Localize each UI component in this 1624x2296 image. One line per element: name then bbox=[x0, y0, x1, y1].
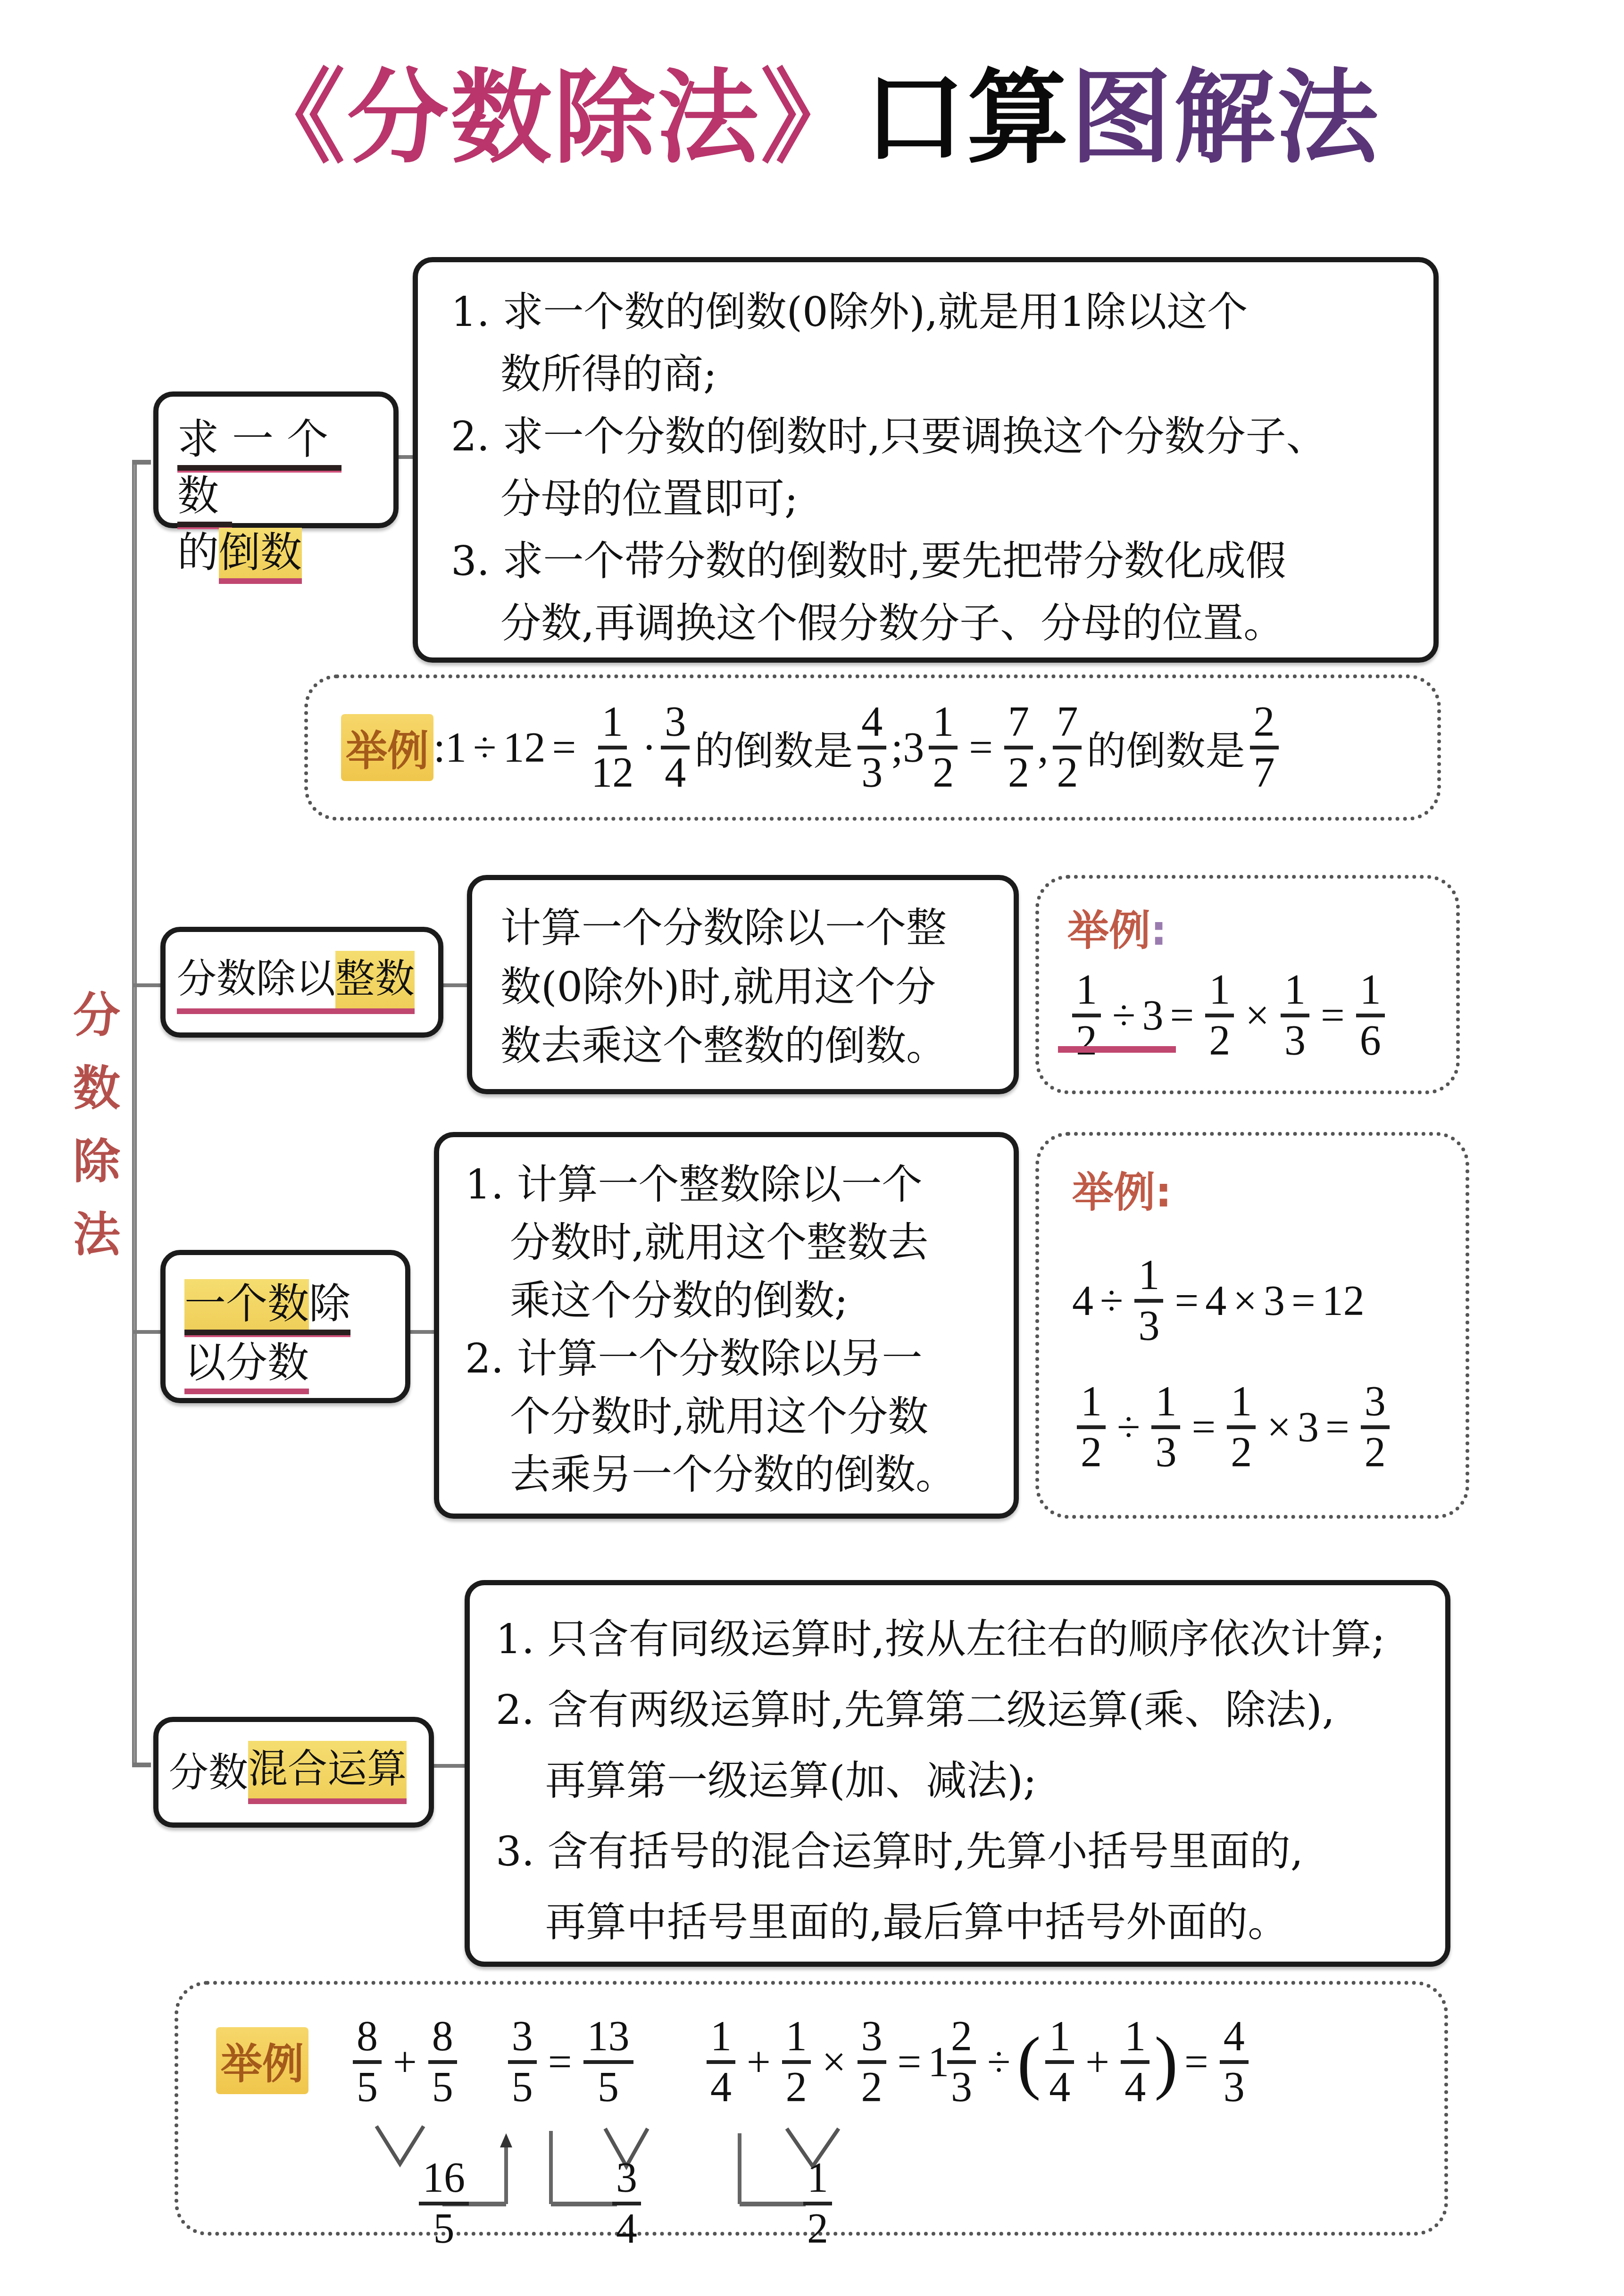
node-title-plain: 分数除以 bbox=[177, 951, 335, 1014]
root-char: 分 bbox=[71, 979, 123, 1052]
node-title-line1: 求一个数 bbox=[177, 415, 341, 527]
rule-item: 3. 求一个带分数的倒数时,要先把带分数化成假 bbox=[451, 530, 1400, 592]
root-label-fraction-division: 分 数 除 法 bbox=[71, 979, 123, 1271]
numerator: 1 bbox=[1134, 1252, 1163, 1303]
denominator: 2 bbox=[929, 749, 958, 797]
denominator: 3 bbox=[1220, 2064, 1249, 2111]
multiply-sign: × bbox=[1245, 991, 1269, 1040]
rule-number: 2. bbox=[496, 1687, 534, 1734]
rule-item: 3. 含有括号的混合运算时,先算小括号里面的, bbox=[496, 1816, 1419, 1887]
fraction: 12 bbox=[1077, 1378, 1106, 1476]
rule-item-cont: 乘这个分数的倒数; bbox=[465, 1272, 988, 1330]
denominator: 2 bbox=[1227, 1429, 1256, 1476]
equals-sign: = bbox=[1174, 1277, 1199, 1325]
node-mixed-operations: 分数混合运算 bbox=[153, 1717, 434, 1828]
fraction: 43 bbox=[1220, 2013, 1249, 2111]
fraction: 14 bbox=[707, 2013, 735, 2111]
numerator: 2 bbox=[1250, 699, 1279, 749]
divide-sign: ÷ bbox=[1112, 991, 1135, 1040]
example-number-div-fraction: 举例: 4 ÷ 13 = 4 × 3 = 12 12 ÷ 13 = 12 × 3… bbox=[1035, 1132, 1469, 1519]
plus-sign: + bbox=[1085, 2038, 1109, 2087]
fraction: 112 bbox=[587, 699, 637, 797]
example-label: 举例 bbox=[1072, 1168, 1155, 1216]
left-paren: ( bbox=[1017, 2021, 1041, 2103]
fraction: 13 bbox=[1281, 966, 1309, 1065]
fraction: 13 bbox=[1134, 1252, 1163, 1350]
rule-item: 1. 只含有同级运算时,按从左往右的顺序依次计算; bbox=[496, 1604, 1419, 1675]
numerator: 1 bbox=[1077, 1378, 1106, 1429]
denominator: 4 bbox=[1121, 2064, 1149, 2111]
rule-text: 求一个带分数的倒数时,要先把带分数化成假 bbox=[502, 538, 1286, 585]
rule-line: 计算一个分数除以一个整 bbox=[500, 899, 985, 958]
multiply-sign: × bbox=[1233, 1277, 1257, 1325]
operand: 4 bbox=[1072, 1277, 1093, 1325]
rule-text: 含有两级运算时,先算第二级运算(乘、除法), bbox=[547, 1687, 1335, 1734]
numerator: 1 bbox=[1205, 966, 1234, 1017]
rule-text: 求一个数的倒数(0除外),就是用1除以这个 bbox=[502, 289, 1248, 336]
numerator: 1 bbox=[598, 699, 627, 749]
rule-item: 2. 求一个分数的倒数时,只要调换这个分数分子、 bbox=[451, 406, 1400, 468]
denominator: 2 bbox=[1205, 1017, 1234, 1065]
rule-line: 数去乘这个整数的倒数。 bbox=[500, 1017, 985, 1076]
operand: 1 bbox=[445, 724, 466, 772]
rule-item: 1. 计算一个整数除以一个 bbox=[465, 1156, 988, 1214]
numerator: 1 bbox=[929, 699, 958, 749]
numerator: 1 bbox=[1356, 966, 1385, 1017]
rule-number: 1. bbox=[451, 289, 490, 336]
node-reciprocal: 求一个数 的倒数 bbox=[153, 391, 399, 528]
denominator: 2 bbox=[1004, 749, 1033, 797]
denominator: 12 bbox=[587, 749, 637, 797]
rule-number: 3. bbox=[451, 538, 490, 585]
example-expression-1: 4 ÷ 13 = 4 × 3 = 12 bbox=[1072, 1252, 1365, 1350]
node-title-line2-plain: 的 bbox=[177, 528, 219, 576]
numerator: 3 bbox=[661, 699, 690, 749]
trunk-bottom-cap bbox=[132, 1763, 151, 1767]
example-expression-2: 14 + 12 × 32 = 1 bbox=[702, 2013, 949, 2111]
root-char: 除 bbox=[71, 1125, 123, 1198]
divide-sign: ÷ bbox=[1100, 1277, 1123, 1325]
separator: ; bbox=[891, 724, 903, 772]
title-diagram-method: 图解法 bbox=[1070, 58, 1380, 177]
rule-item-cont: 数所得的商; bbox=[451, 343, 1400, 406]
denominator: 2 bbox=[858, 2064, 886, 2111]
operand: 12 bbox=[503, 724, 545, 772]
fraction: 12 bbox=[929, 699, 958, 797]
example-mixed-operations: 举例 85 + 85 35 = 135 165 14 + 12 × 32 = 1 bbox=[175, 1981, 1448, 2236]
numerator: 1 bbox=[1227, 1378, 1256, 1429]
denominator: 6 bbox=[1356, 1017, 1385, 1065]
example-label: 举例 bbox=[341, 714, 433, 781]
equals-sign: = bbox=[898, 2038, 922, 2087]
example-expression-2: 12 ÷ 13 = 12 × 3 = 32 bbox=[1072, 1378, 1394, 1476]
divide-sign: ÷ bbox=[987, 2038, 1010, 2087]
mixed-whole: 3 bbox=[903, 724, 924, 772]
rule-text: 含有括号的混合运算时,先算小括号里面的, bbox=[547, 1828, 1303, 1875]
fraction: 72 bbox=[1004, 699, 1033, 797]
example-expression-3: 23 ÷ ( 14 + 14 ) = 43 bbox=[942, 2013, 1253, 2111]
rule-item: 2. 含有两级运算时,先算第二级运算(乘、除法), bbox=[496, 1675, 1419, 1746]
operand: 3 bbox=[1142, 991, 1163, 1040]
numerator: 1 bbox=[1121, 2013, 1149, 2064]
separator: · bbox=[642, 724, 656, 772]
numerator: 2 bbox=[947, 2013, 976, 2064]
denominator: 4 bbox=[612, 2205, 641, 2253]
rule-item-cont: 再算中括号里面的,最后算中括号外面的。 bbox=[496, 1887, 1419, 1958]
text-reciprocal-is: 的倒数是 bbox=[694, 719, 853, 776]
denominator: 3 bbox=[1134, 1303, 1163, 1350]
equals-sign: = bbox=[1321, 991, 1345, 1040]
root-char: 法 bbox=[71, 1198, 123, 1271]
denominator: 3 bbox=[858, 749, 886, 797]
fraction: 27 bbox=[1250, 699, 1279, 797]
rule-text: 计算一个整数除以一个 bbox=[516, 1161, 922, 1208]
rule-number: 1. bbox=[496, 1616, 534, 1663]
example-reciprocal: 举例 : 1 ÷ 12 = 112 · 34 的倒数是 43 ; 3 12 = … bbox=[304, 674, 1441, 821]
rule-line: 数(0除外)时,就用这个分 bbox=[500, 958, 985, 1017]
branch-connector bbox=[132, 983, 160, 987]
rule-item-cont: 个分数时,就用这个分数 bbox=[465, 1388, 988, 1446]
underline-mark bbox=[1058, 1046, 1176, 1053]
numerator: 3 bbox=[858, 2013, 886, 2064]
fraction: 16 bbox=[1356, 966, 1385, 1065]
title-mental-math: 口算 bbox=[864, 58, 1070, 177]
fraction: 14 bbox=[1045, 2013, 1074, 2111]
example-step-result-1: 165 bbox=[414, 2155, 474, 2253]
numerator: 3 bbox=[612, 2155, 641, 2205]
rule-item-cont: 分母的位置即可; bbox=[451, 468, 1400, 530]
operand: 4 bbox=[1205, 1277, 1226, 1325]
fraction: 12 bbox=[782, 2013, 811, 2111]
rule-number: 1. bbox=[465, 1161, 504, 1208]
node-title-highlight: 混合运算 bbox=[248, 1741, 407, 1804]
multiply-sign: × bbox=[822, 2038, 846, 2087]
denominator: 4 bbox=[1045, 2064, 1074, 2111]
example-expression: : 1 ÷ 12 = 112 · 34 的倒数是 43 ; 3 12 = 72 … bbox=[433, 699, 1283, 797]
text-reciprocal-is: 的倒数是 bbox=[1086, 719, 1245, 776]
fraction: 32 bbox=[1361, 1378, 1390, 1476]
denominator: 4 bbox=[707, 2064, 735, 2111]
rule-text: 只含有同级运算时,按从左往右的顺序依次计算; bbox=[547, 1616, 1385, 1663]
denominator: 2 bbox=[1053, 749, 1082, 797]
denominator: 2 bbox=[803, 2205, 832, 2253]
example-fraction-div-integer: 举例: 12 ÷ 3 = 12 × 13 = 16 bbox=[1035, 875, 1460, 1094]
node-title-line2-highlight: 倒数 bbox=[219, 528, 302, 584]
rules-fraction-div-integer: 计算一个分数除以一个整 数(0除外)时,就用这个分 数去乘这个整数的倒数。 bbox=[467, 875, 1019, 1094]
denominator: 7 bbox=[1250, 749, 1279, 797]
denominator: 2 bbox=[1077, 1429, 1106, 1476]
numerator: 3 bbox=[1361, 1378, 1390, 1429]
equals-sign: = bbox=[969, 724, 993, 772]
node-title-line2: 以分数 bbox=[184, 1338, 309, 1394]
equals-sign: = bbox=[552, 724, 576, 772]
rules-reciprocal: 1. 求一个数的倒数(0除外),就是用1除以这个 数所得的商; 2. 求一个分数… bbox=[413, 257, 1439, 663]
numerator: 7 bbox=[1004, 699, 1033, 749]
denominator: 2 bbox=[1072, 1017, 1101, 1065]
fraction: 13 bbox=[1151, 1378, 1180, 1476]
divide-sign: ÷ bbox=[473, 724, 496, 772]
trunk-top-cap bbox=[132, 460, 151, 465]
rule-item-cont: 去乘另一个分数的倒数。 bbox=[465, 1446, 988, 1504]
fraction: 23 bbox=[947, 2013, 976, 2111]
equals-sign: = bbox=[1170, 991, 1194, 1040]
denominator: 3 bbox=[1151, 1429, 1180, 1476]
divide-sign: ÷ bbox=[1117, 1403, 1140, 1452]
equals-sign: = bbox=[1184, 2038, 1208, 2087]
numerator: 1 bbox=[1072, 966, 1101, 1017]
fraction: 72 bbox=[1053, 699, 1082, 797]
colon: : bbox=[1150, 906, 1167, 955]
root-char: 数 bbox=[71, 1052, 123, 1125]
numerator: 16 bbox=[419, 2155, 469, 2205]
equals-sign: = bbox=[1291, 1277, 1316, 1325]
rule-text: 计算一个分数除以另一 bbox=[516, 1335, 922, 1382]
numerator: 1 bbox=[1151, 1378, 1180, 1429]
example-label: 举例 bbox=[1067, 906, 1150, 955]
rule-number: 3. bbox=[496, 1828, 534, 1875]
numerator: 7 bbox=[1053, 699, 1082, 749]
operand: 3 bbox=[1298, 1403, 1319, 1452]
equals-sign: = bbox=[1191, 1403, 1216, 1452]
fraction: 32 bbox=[858, 2013, 886, 2111]
colon: : bbox=[433, 724, 445, 772]
numerator: 1 bbox=[707, 2013, 735, 2064]
fraction: 34 bbox=[661, 699, 690, 797]
node-title-rest: 除 bbox=[309, 1279, 350, 1335]
rule-item: 2. 计算一个分数除以另一 bbox=[465, 1330, 988, 1388]
equals-sign: = bbox=[1325, 1403, 1349, 1452]
denominator: 3 bbox=[1281, 1017, 1309, 1065]
rule-number: 2. bbox=[465, 1335, 504, 1382]
rule-item-cont: 再算第一级运算(加、减法); bbox=[496, 1746, 1419, 1816]
rule-item-cont: 分数,再调换这个假分数分子、分母的位置。 bbox=[451, 592, 1400, 655]
numerator: 1 bbox=[803, 2155, 832, 2205]
rules-mixed-operations: 1. 只含有同级运算时,按从左往右的顺序依次计算; 2. 含有两级运算时,先算第… bbox=[465, 1580, 1450, 1967]
node-title-highlight: 一个数 bbox=[184, 1279, 309, 1335]
numerator: 1 bbox=[782, 2013, 811, 2064]
result: 12 bbox=[1322, 1277, 1365, 1325]
fraction: 12 bbox=[1227, 1378, 1256, 1476]
example-step-result-2: 34 bbox=[608, 2155, 646, 2253]
denominator: 5 bbox=[430, 2205, 458, 2253]
denominator: 3 bbox=[947, 2064, 976, 2111]
page-title: 《分数除法》口算图解法 bbox=[0, 57, 1624, 179]
title-topic: 《分数除法》 bbox=[244, 58, 864, 177]
fraction: 34 bbox=[612, 2155, 641, 2253]
branch-connector bbox=[429, 1764, 467, 1768]
node-title-plain: 分数 bbox=[169, 1745, 248, 1800]
colon: : bbox=[1155, 1168, 1172, 1216]
right-paren: ) bbox=[1154, 2021, 1178, 2103]
numerator: 1 bbox=[1281, 966, 1309, 1017]
branch-connector bbox=[132, 1330, 160, 1334]
rule-item-cont: 分数时,就用这个整数去 bbox=[465, 1214, 988, 1272]
operand: 3 bbox=[1264, 1277, 1285, 1325]
fraction: 43 bbox=[858, 699, 886, 797]
node-title-highlight: 整数 bbox=[335, 951, 415, 1014]
separator: , bbox=[1038, 724, 1049, 772]
fraction: 12 bbox=[803, 2155, 832, 2253]
numerator: 1 bbox=[1045, 2013, 1074, 2064]
rules-number-div-fraction: 1. 计算一个整数除以一个 分数时,就用这个整数去 乘这个分数的倒数; 2. 计… bbox=[434, 1132, 1019, 1519]
fraction: 14 bbox=[1121, 2013, 1149, 2111]
rule-item: 1. 求一个数的倒数(0除外),就是用1除以这个 bbox=[451, 281, 1400, 343]
numerator: 4 bbox=[858, 699, 886, 749]
rule-number: 2. bbox=[451, 413, 490, 460]
numerator: 4 bbox=[1220, 2013, 1249, 2064]
plus-sign: + bbox=[747, 2038, 771, 2087]
node-fraction-div-integer: 分数除以整数 bbox=[160, 927, 443, 1038]
mindmap-trunk-line bbox=[132, 460, 137, 1766]
denominator: 2 bbox=[1361, 1429, 1390, 1476]
multiply-sign: × bbox=[1267, 1403, 1291, 1452]
denominator: 4 bbox=[661, 749, 690, 797]
fraction: 12 bbox=[1205, 966, 1234, 1065]
denominator: 2 bbox=[782, 2064, 811, 2111]
node-number-div-fraction: 一个数除 以分数 bbox=[160, 1250, 410, 1403]
fraction: 165 bbox=[419, 2155, 469, 2253]
example-step-result-3: 12 bbox=[799, 2155, 837, 2253]
rule-text: 求一个分数的倒数时,只要调换这个分数分子、 bbox=[502, 413, 1326, 460]
